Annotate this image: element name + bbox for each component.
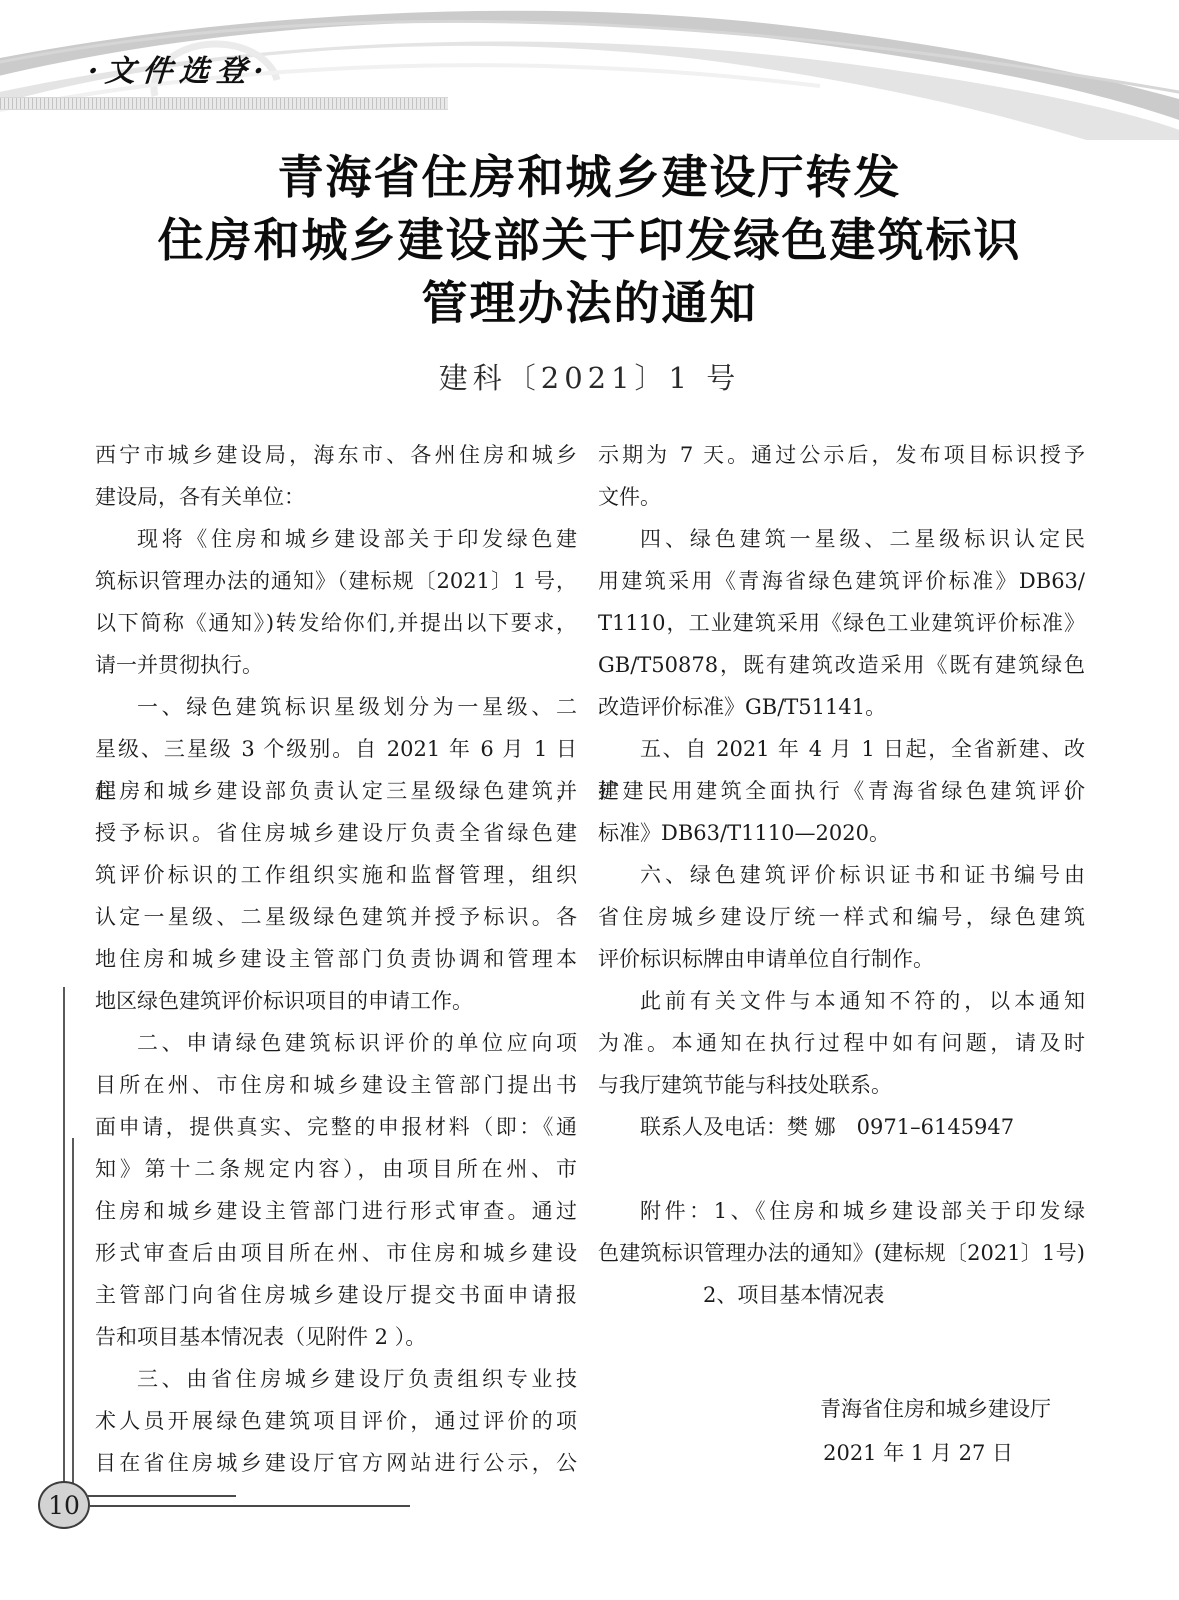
text-line: 文件。 — [598, 476, 1085, 518]
page-title: 青海省住房和城乡建设厅转发 住房和城乡建设部关于印发绿色建筑标识 管理办法的通知 — [0, 146, 1179, 335]
text-line: 联系人及电话：樊 娜 0971–6145947 — [598, 1106, 1085, 1148]
text-line: 2、项目基本情况表 — [598, 1274, 1085, 1316]
text-line: 附件：1、《住房和城乡建设部关于印发绿 — [598, 1190, 1085, 1232]
text-line: 术人员开展绿色建筑项目评价，通过评价的项 — [95, 1400, 577, 1442]
text-line: 目在省住房城乡建设厅官方网站进行公示，公 — [95, 1442, 577, 1484]
text-line: 住房和城乡建设部负责认定三星级绿色建筑并 — [95, 770, 577, 812]
signature-org: 青海省住房和城乡建设厅 — [598, 1388, 1085, 1430]
text-line: 现将《住房和城乡建设部关于印发绿色建 — [95, 518, 577, 560]
text-line: 住房和城乡建设主管部门进行形式审查。通过 — [95, 1190, 577, 1232]
text-line: 以下简称《通知》)转发给你们,并提出以下要求， — [95, 602, 577, 644]
page-title-line2: 住房和城乡建设部关于印发绿色建筑标识 — [0, 209, 1179, 272]
page-title-line1: 青海省住房和城乡建设厅转发 — [0, 146, 1179, 209]
text-line: 二、申请绿色建筑标识评价的单位应向项 — [95, 1022, 577, 1064]
text-line: 星级、三星级 3 个级别。自 2021 年 6 月 1 日起， — [95, 728, 577, 770]
text-line: 与我厅建筑节能与科技处联系。 — [598, 1064, 1085, 1106]
text-line: 用建筑采用《青海省绿色建筑评价标准》DB63/ — [598, 560, 1085, 602]
text-line: 四、绿色建筑一星级、二星级标识认定民 — [598, 518, 1085, 560]
text-line: 建设局，各有关单位： — [95, 476, 577, 518]
signature-block: 青海省住房和城乡建设厅 2021 年 1 月 27 日 — [598, 1388, 1085, 1476]
page-title-line3: 管理办法的通知 — [0, 272, 1179, 335]
text-line: 三、由省住房城乡建设厅负责组织专业技 — [95, 1358, 577, 1400]
text-line: GB/T50878，既有建筑改造采用《既有建筑绿色 — [598, 644, 1085, 686]
text-line: 示期为 7 天。通过公示后，发布项目标识授予 — [598, 434, 1085, 476]
text-line: 五、自 2021 年 4 月 1 日起，全省新建、改建、 — [598, 728, 1085, 770]
right-column-lines: 示期为 7 天。通过公示后，发布项目标识授予文件。四、绿色建筑一星级、二星级标识… — [598, 434, 1085, 1316]
left-column: 西宁市城乡建设局，海东市、各州住房和城乡建设局，各有关单位：现将《住房和城乡建设… — [95, 434, 577, 1484]
left-margin-rule-inner — [72, 1138, 74, 1484]
text-line: 地区绿色建筑评价标识项目的申请工作。 — [95, 980, 577, 1022]
text-line: 省住房城乡建设厅统一样式和编号，绿色建筑 — [598, 896, 1085, 938]
text-line: 告和项目基本情况表（见附件 2 ）。 — [95, 1316, 577, 1358]
text-line: 面申请，提供真实、完整的申报材料（即：《通 — [95, 1106, 577, 1148]
left-margin-rule-outer — [63, 987, 65, 1484]
text-line: 认定一星级、二星级绿色建筑并授予标识。各 — [95, 896, 577, 938]
text-line: 知》第十二条规定内容），由项目所在州、市 — [95, 1148, 577, 1190]
text-line: 筑评价标识的工作组织实施和监督管理，组织 — [95, 854, 577, 896]
text-line: 改造评价标准》GB/T51141。 — [598, 686, 1085, 728]
document-page: ·文件选登· 青海省住房和城乡建设厅转发 住房和城乡建设部关于印发绿色建筑标识 … — [0, 0, 1179, 1600]
text-line: 形式审查后由项目所在州、市住房和城乡建设 — [95, 1232, 577, 1274]
text-line: 西宁市城乡建设局，海东市、各州住房和城乡 — [95, 434, 577, 476]
page-number: 10 — [48, 1491, 80, 1520]
footer-rule-long — [90, 1505, 410, 1507]
footer-rule-short — [86, 1495, 236, 1497]
text-line: 目所在州、市住房和城乡建设主管部门提出书 — [95, 1064, 577, 1106]
signature-date: 2021 年 1 月 27 日 — [598, 1430, 1085, 1476]
text-line: T1110，工业建筑采用《绿色工业建筑评价标准》 — [598, 602, 1085, 644]
text-line: 标准》DB63/T1110—2020。 — [598, 812, 1085, 854]
text-line: 主管部门向省住房城乡建设厅提交书面申请报 — [95, 1274, 577, 1316]
text-line: 地住房和城乡建设主管部门负责协调和管理本 — [95, 938, 577, 980]
page-number-badge: 10 — [38, 1481, 90, 1529]
section-label: ·文件选登· — [86, 46, 272, 90]
text-line: 扩建民用建筑全面执行《青海省绿色建筑评价 — [598, 770, 1085, 812]
right-column: 示期为 7 天。通过公示后，发布项目标识授予文件。四、绿色建筑一星级、二星级标识… — [598, 434, 1085, 1476]
text-line: 评价标识标牌由申请单位自行制作。 — [598, 938, 1085, 980]
text-line: 为准。本通知在执行过程中如有问题，请及时 — [598, 1022, 1085, 1064]
document-number: 建科〔2021〕1 号 — [0, 356, 1179, 397]
header-stripe-bar — [0, 97, 448, 110]
text-line: 请一并贯彻执行。 — [95, 644, 577, 686]
text-line — [598, 1148, 1085, 1190]
text-line: 此前有关文件与本通知不符的，以本通知 — [598, 980, 1085, 1022]
text-line: 授予标识。省住房城乡建设厅负责全省绿色建 — [95, 812, 577, 854]
text-line: 色建筑标识管理办法的通知》(建标规〔2021〕1号) — [598, 1232, 1085, 1274]
text-line: 一、绿色建筑标识星级划分为一星级、二 — [95, 686, 577, 728]
text-line: 六、绿色建筑评价标识证书和证书编号由 — [598, 854, 1085, 896]
text-line: 筑标识管理办法的通知》（建标规〔2021〕1 号， — [95, 560, 577, 602]
